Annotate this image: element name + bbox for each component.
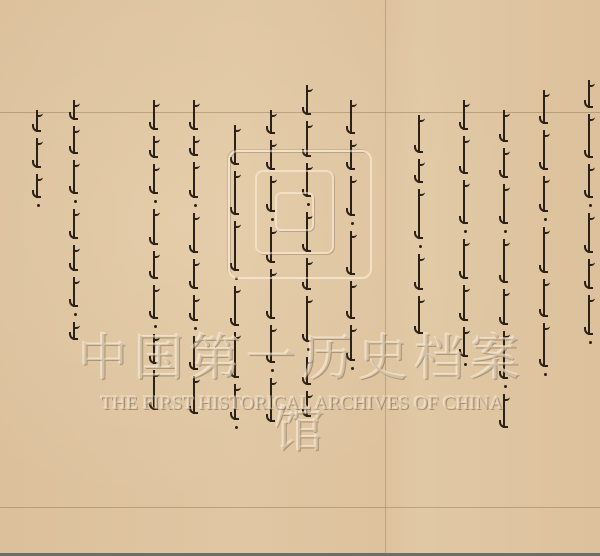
punctuation-dot (419, 245, 422, 248)
script-word (36, 174, 41, 198)
punctuation-dot (194, 204, 197, 207)
script-word (153, 100, 158, 130)
script-word (588, 80, 593, 108)
script-word (73, 277, 78, 307)
script-word (543, 90, 548, 124)
watermark-chinese: 中国第一历史档案馆 (62, 318, 542, 462)
punctuation-dot (74, 200, 77, 203)
script-word (73, 126, 78, 154)
script-word (543, 227, 548, 273)
script-column (31, 110, 45, 207)
script-word (588, 213, 593, 253)
script-word (418, 254, 423, 290)
script-word (588, 114, 593, 158)
punctuation-dot (589, 341, 592, 344)
script-column (583, 80, 597, 344)
script-word (193, 136, 198, 156)
script-word (543, 323, 548, 367)
script-word (418, 189, 423, 239)
script-word (73, 209, 78, 239)
script-word (418, 115, 423, 153)
script-word (350, 100, 355, 134)
script-word (270, 110, 275, 134)
script-word (503, 239, 508, 283)
punctuation-dot (37, 204, 40, 207)
script-word (306, 85, 311, 115)
script-column (68, 100, 82, 340)
script-word (503, 148, 508, 178)
punctuation-dot (504, 230, 507, 233)
script-word (463, 285, 468, 321)
script-column (413, 115, 427, 334)
punctuation-dot (74, 313, 77, 316)
script-word (350, 281, 355, 319)
script-word (193, 162, 198, 198)
punctuation-dot (544, 218, 547, 221)
script-word (503, 110, 508, 142)
archive-seal-icon (228, 150, 372, 279)
script-word (153, 136, 158, 158)
script-word (463, 180, 468, 224)
script-word (153, 285, 158, 319)
script-word (463, 100, 468, 130)
script-word (73, 245, 78, 271)
script-word (153, 209, 158, 245)
script-word (543, 176, 548, 212)
manuscript-page: 中国第一历史档案馆 THE FIRST HISTORICAL ARCHIVES … (0, 0, 600, 553)
script-word (418, 159, 423, 183)
script-word (588, 259, 593, 289)
script-word (73, 100, 78, 120)
script-word (503, 184, 508, 224)
script-word (543, 279, 548, 317)
script-word (463, 136, 468, 174)
script-word (153, 251, 158, 279)
punctuation-dot (544, 373, 547, 376)
punctuation-dot (154, 200, 157, 203)
punctuation-dot (464, 230, 467, 233)
bottom-ruling-line (0, 507, 600, 508)
script-word (543, 130, 548, 170)
script-word (36, 138, 41, 168)
script-word (73, 160, 78, 194)
watermark-english: THE FIRST HISTORICAL ARCHIVES OF CHINA (62, 393, 542, 415)
fold-line (385, 0, 386, 553)
script-word (193, 100, 198, 130)
script-word (193, 259, 198, 289)
script-word (193, 213, 198, 253)
punctuation-dot (589, 204, 592, 207)
script-word (36, 110, 41, 132)
script-word (153, 164, 158, 194)
script-word (588, 295, 593, 335)
script-word (463, 239, 468, 279)
script-word (588, 164, 593, 198)
